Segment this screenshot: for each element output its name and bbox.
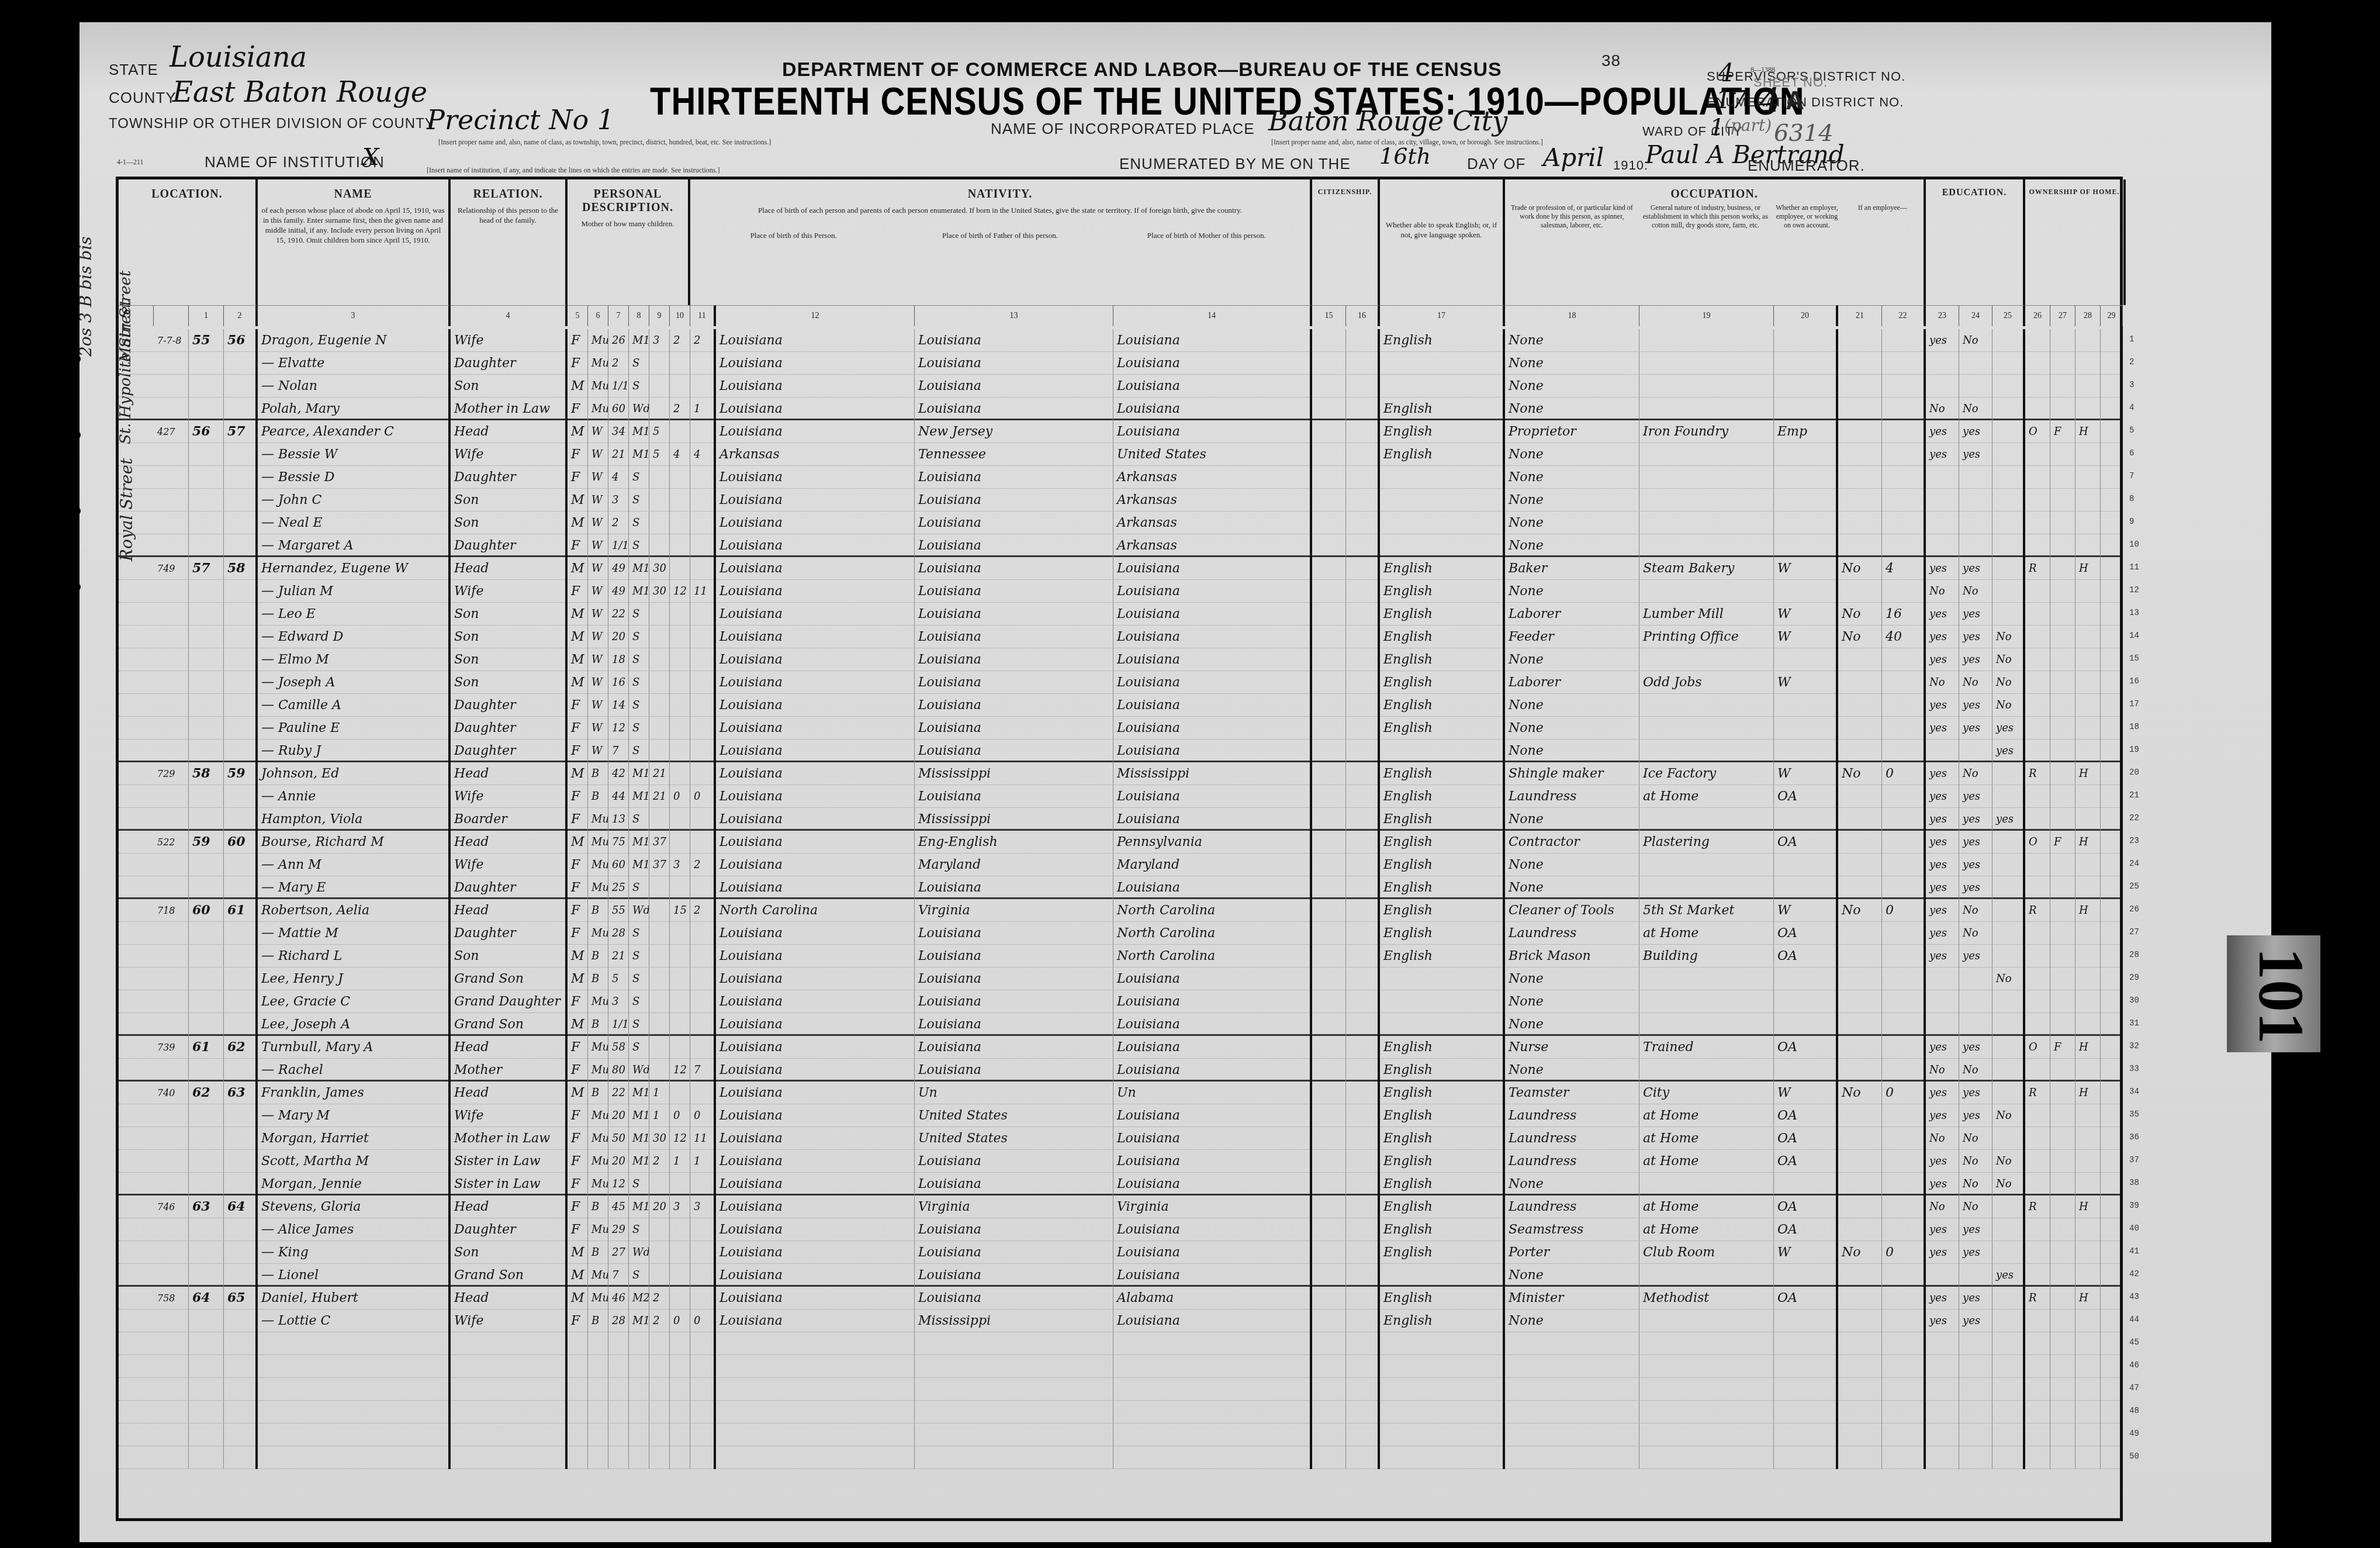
birthplace-mother: Louisiana <box>1113 375 1312 398</box>
employer-status <box>1774 443 1838 466</box>
attended-school <box>1992 922 2025 945</box>
industry <box>1639 443 1774 466</box>
children-living <box>690 489 716 512</box>
farm-house <box>2075 945 2101 967</box>
marital-status: M1 <box>629 1195 649 1218</box>
farm-house <box>2075 1332 2101 1355</box>
out-of-work: No <box>1838 1241 1882 1264</box>
industry <box>1639 1059 1774 1081</box>
dwelling-number <box>189 1309 224 1332</box>
children-living <box>690 626 716 648</box>
house-number <box>154 1332 189 1355</box>
header-name: NAMEof each person whose place of abode … <box>258 179 451 305</box>
trade: None <box>1505 648 1639 671</box>
house-number: 7-7-8 <box>154 329 189 352</box>
person-name: Robertson, Aelia <box>258 899 451 922</box>
language <box>1380 534 1505 557</box>
dwelling-number: 63 <box>189 1195 224 1218</box>
children-living: 1 <box>690 398 716 420</box>
line-number: 45 <box>2129 1338 2139 1347</box>
marital-status: S <box>629 717 649 740</box>
immigration-year <box>1312 740 1346 762</box>
employer-status <box>1774 489 1838 512</box>
immigration-year <box>1312 398 1346 420</box>
children-living <box>690 1264 716 1287</box>
line-number: 35 <box>2129 1110 2139 1119</box>
immigration-year <box>1312 1059 1346 1081</box>
immigration-year <box>1312 1309 1346 1332</box>
person-name: — Elmo M <box>258 648 451 671</box>
film-number: 6314 <box>1774 120 1834 147</box>
person-name: — Neal E <box>258 512 451 534</box>
children-living <box>690 671 716 694</box>
sex <box>568 1423 588 1446</box>
sex <box>568 1446 588 1469</box>
form-number: 4-1—211 <box>117 158 144 167</box>
children-born: 2 <box>670 329 690 352</box>
line-number: 14 <box>2129 631 2139 641</box>
header-personal: PERSONAL DESCRIPTION.Mother of how many … <box>568 179 690 305</box>
can-read <box>1926 1446 1959 1469</box>
employer-status <box>1774 990 1838 1013</box>
line-number: 12 <box>2129 586 2139 595</box>
enum-year: 1910. <box>1613 158 1648 173</box>
immigration-year <box>1312 626 1346 648</box>
birthplace-father: Louisiana <box>915 1287 1113 1309</box>
industry <box>1639 876 1774 899</box>
language: English <box>1380 1195 1505 1218</box>
table-row: — King Son M B 27 Wd Louisiana Louisiana… <box>119 1241 2120 1264</box>
farm-house <box>2075 580 2101 603</box>
industry <box>1639 694 1774 717</box>
immigration-year <box>1312 1104 1346 1127</box>
relation: Grand Son <box>451 1013 568 1036</box>
marital-status: M1 <box>629 1104 649 1127</box>
out-of-work <box>1838 1264 1882 1287</box>
weeks-out: 4 <box>1882 557 1926 580</box>
table-row: — Neal E Son M W 2 S Louisiana Louisiana… <box>119 512 2120 534</box>
farm-house <box>2075 375 2101 398</box>
can-read: yes <box>1926 1081 1959 1104</box>
can-read: yes <box>1926 648 1959 671</box>
birthplace-father: United States <box>915 1104 1113 1127</box>
county-label: COUNTY <box>109 89 177 107</box>
immigration-year <box>1312 1195 1346 1218</box>
house-number <box>154 1059 189 1081</box>
birthplace-mother: Louisiana <box>1113 352 1312 375</box>
age: 2 <box>608 352 629 375</box>
marital-status: S <box>629 626 649 648</box>
weeks-out <box>1882 854 1926 876</box>
race: Mu <box>588 1036 608 1059</box>
relation: Mother <box>451 1059 568 1081</box>
can-write <box>1959 375 1992 398</box>
race: W <box>588 603 608 626</box>
can-read <box>1926 534 1959 557</box>
family-number <box>224 1150 258 1173</box>
birthplace: Louisiana <box>716 1309 915 1332</box>
table-row: — Elmo M Son M W 18 S Louisiana Louisian… <box>119 648 2120 671</box>
table-row: — Ann M Wife F Mu 60 M1 37 3 2 Louisiana… <box>119 854 2120 876</box>
line-number: 47 <box>2129 1384 2139 1393</box>
birthplace-father <box>915 1423 1113 1446</box>
house-number <box>154 1127 189 1150</box>
sex: F <box>568 922 588 945</box>
institution-instruction: [Insert name of institution, if any, and… <box>427 166 719 175</box>
race: Mu <box>588 831 608 854</box>
attended-school: No <box>1992 648 2025 671</box>
family-number: 64 <box>224 1195 258 1218</box>
birthplace-mother: United States <box>1113 443 1312 466</box>
employer-status: W <box>1774 762 1838 785</box>
out-of-work <box>1838 1013 1882 1036</box>
language: English <box>1380 671 1505 694</box>
relation: Son <box>451 648 568 671</box>
farm-house: H <box>2075 1195 2101 1218</box>
age: 1/12 <box>608 1013 629 1036</box>
birthplace-mother <box>1113 1378 1312 1401</box>
marital-status: M1 <box>629 854 649 876</box>
attended-school <box>1992 489 2025 512</box>
naturalized <box>1346 854 1380 876</box>
employer-status: W <box>1774 1081 1838 1104</box>
family-number <box>224 694 258 717</box>
trade <box>1505 1423 1639 1446</box>
age: 45 <box>608 1195 629 1218</box>
employer-status <box>1774 694 1838 717</box>
children-living <box>690 831 716 854</box>
employer-status <box>1774 717 1838 740</box>
can-read: yes <box>1926 1287 1959 1309</box>
attended-school <box>1992 1332 2025 1355</box>
table-row: Lee, Joseph A Grand Son M B 1/12 S Louis… <box>119 1013 2120 1036</box>
relation: Head <box>451 557 568 580</box>
farm-house <box>2075 740 2101 762</box>
enumeration-value: 17 <box>1715 85 1746 114</box>
age <box>608 1378 629 1401</box>
farm-house <box>2075 1104 2101 1127</box>
birthplace-mother <box>1113 1355 1312 1378</box>
attended-school: No <box>1992 671 2025 694</box>
house-number: 739 <box>154 1036 189 1059</box>
industry: Iron Foundry <box>1639 420 1774 443</box>
attended-school <box>1992 1446 2025 1469</box>
can-read: yes <box>1926 1218 1959 1241</box>
birthplace-mother: Louisiana <box>1113 398 1312 420</box>
relation: Son <box>451 626 568 648</box>
relation: Son <box>451 489 568 512</box>
age: 7 <box>608 740 629 762</box>
immigration-year <box>1312 1173 1346 1195</box>
relation: Head <box>451 1036 568 1059</box>
immigration-year <box>1312 1036 1346 1059</box>
marital-status <box>629 1446 649 1469</box>
employer-status: OA <box>1774 1218 1838 1241</box>
out-of-work <box>1838 671 1882 694</box>
industry <box>1639 466 1774 489</box>
employer-status: OA <box>1774 1195 1838 1218</box>
immigration-year <box>1312 1081 1346 1104</box>
family-number <box>224 1332 258 1355</box>
line-number: 18 <box>2129 723 2139 732</box>
free-mortgaged <box>2050 375 2075 398</box>
birthplace-father: Louisiana <box>915 512 1113 534</box>
industry: at Home <box>1639 1195 1774 1218</box>
industry <box>1639 1332 1774 1355</box>
attended-school <box>1992 420 2025 443</box>
birthplace-mother: Louisiana <box>1113 420 1312 443</box>
owned-rented <box>2025 443 2050 466</box>
naturalized <box>1346 1059 1380 1081</box>
birthplace-father: Virginia <box>915 1195 1113 1218</box>
attended-school <box>1992 557 2025 580</box>
line-number: 26 <box>2129 905 2139 914</box>
employer-status <box>1774 352 1838 375</box>
birthplace-mother <box>1113 1332 1312 1355</box>
institution-label: NAME OF INSTITUTION <box>205 153 385 171</box>
column-number: 23 <box>1926 305 1959 326</box>
birthplace: Louisiana <box>716 1059 915 1081</box>
line-number: 34 <box>2129 1087 2139 1097</box>
age: 27 <box>608 1241 629 1264</box>
person-name: — Ruby J <box>258 740 451 762</box>
race: W <box>588 694 608 717</box>
family-number <box>224 1218 258 1241</box>
free-mortgaged <box>2050 1218 2075 1241</box>
children-born <box>670 922 690 945</box>
naturalized <box>1346 694 1380 717</box>
house-number: 522 <box>154 831 189 854</box>
can-write: yes <box>1959 854 1992 876</box>
out-of-work: No <box>1838 1081 1882 1104</box>
free-mortgaged: F <box>2050 1036 2075 1059</box>
weeks-out: 0 <box>1882 762 1926 785</box>
weeks-out <box>1882 329 1926 352</box>
race: Mu <box>588 1127 608 1150</box>
trade: Laborer <box>1505 671 1639 694</box>
marital-status: M1 <box>629 762 649 785</box>
owned-rented <box>2025 1173 2050 1195</box>
can-write: No <box>1959 1150 1992 1173</box>
free-mortgaged <box>2050 580 2075 603</box>
person-name: — Julian M <box>258 580 451 603</box>
person-name: — Nolan <box>258 375 451 398</box>
years-married <box>649 717 670 740</box>
attended-school <box>1992 1401 2025 1423</box>
column-number: 9 <box>649 305 670 326</box>
free-mortgaged: F <box>2050 420 2075 443</box>
can-read: yes <box>1926 420 1959 443</box>
person-name: Morgan, Harriet <box>258 1127 451 1150</box>
house-number <box>154 671 189 694</box>
house-number <box>154 785 189 808</box>
line-number: 41 <box>2129 1247 2139 1256</box>
employer-status <box>1774 967 1838 990</box>
header-occupation: OCCUPATION. Trade or profession of, or p… <box>1505 179 1926 305</box>
farm-house <box>2075 990 2101 1013</box>
weeks-out <box>1882 489 1926 512</box>
trade: Feeder <box>1505 626 1639 648</box>
children-living <box>690 1423 716 1446</box>
can-write <box>1959 534 1992 557</box>
column-number: 4 <box>451 305 568 326</box>
sex: M <box>568 375 588 398</box>
owned-rented <box>2025 740 2050 762</box>
age: 20 <box>608 1104 629 1127</box>
farm-house <box>2075 694 2101 717</box>
industry: Lumber Mill <box>1639 603 1774 626</box>
language <box>1380 489 1505 512</box>
column-number: 10 <box>670 305 690 326</box>
marital-status: Wd <box>629 899 649 922</box>
can-read <box>1926 1355 1959 1378</box>
dwelling-number <box>189 808 224 831</box>
out-of-work <box>1838 1127 1882 1150</box>
owned-rented <box>2025 945 2050 967</box>
family-number <box>224 1059 258 1081</box>
children-living <box>690 352 716 375</box>
years-married <box>649 671 670 694</box>
farm-house <box>2075 717 2101 740</box>
table-row: — Annie Wife F B 44 M1 21 0 0 Louisiana … <box>119 785 2120 808</box>
can-write: yes <box>1959 808 1992 831</box>
out-of-work <box>1838 420 1882 443</box>
person-name: Franklin, James <box>258 1081 451 1104</box>
person-name: Daniel, Hubert <box>258 1287 451 1309</box>
owned-rented <box>2025 1218 2050 1241</box>
relation: Daughter <box>451 466 568 489</box>
weeks-out: 0 <box>1882 1081 1926 1104</box>
weeks-out <box>1882 1104 1926 1127</box>
free-mortgaged <box>2050 717 2075 740</box>
can-write: No <box>1959 1173 1992 1195</box>
race: Mu <box>588 352 608 375</box>
employer-status <box>1774 512 1838 534</box>
table-row: Lee, Gracie C Grand Daughter F Mu 3 S Lo… <box>119 990 2120 1013</box>
marital-status: M1 <box>629 557 649 580</box>
dwelling-number: 58 <box>189 762 224 785</box>
children-living <box>690 717 716 740</box>
sex: F <box>568 1195 588 1218</box>
birthplace: Louisiana <box>716 831 915 854</box>
birthplace-mother: Louisiana <box>1113 740 1312 762</box>
birthplace-father: Louisiana <box>915 489 1113 512</box>
language <box>1380 1013 1505 1036</box>
years-married <box>649 648 670 671</box>
race: B <box>588 1081 608 1104</box>
house-number <box>154 398 189 420</box>
language: English <box>1380 420 1505 443</box>
house-number <box>154 580 189 603</box>
sex: F <box>568 694 588 717</box>
age: 1/12 <box>608 534 629 557</box>
weeks-out <box>1882 808 1926 831</box>
birthplace-father: Mississippi <box>915 1309 1113 1332</box>
owned-rented <box>2025 854 2050 876</box>
line-number: 46 <box>2129 1361 2139 1370</box>
birthplace-father: Louisiana <box>915 1173 1113 1195</box>
birthplace-mother: Louisiana <box>1113 1059 1312 1081</box>
birthplace-mother: Louisiana <box>1113 1218 1312 1241</box>
line-number: 8 <box>2129 495 2134 504</box>
family-number <box>224 1446 258 1469</box>
house-number <box>154 1446 189 1469</box>
birthplace: Louisiana <box>716 1104 915 1127</box>
line-number: 50 <box>2129 1452 2139 1461</box>
farm-house <box>2075 512 2101 534</box>
children-living: 11 <box>690 580 716 603</box>
marital-status: S <box>629 990 649 1013</box>
children-living <box>690 534 716 557</box>
industry: 5th St Market <box>1639 899 1774 922</box>
immigration-year <box>1312 375 1346 398</box>
line-number: 6 <box>2129 449 2134 458</box>
industry: Club Room <box>1639 1241 1774 1264</box>
children-born: 2 <box>670 398 690 420</box>
marital-status: M1 <box>629 831 649 854</box>
marital-status: S <box>629 1264 649 1287</box>
birthplace-father: Louisiana <box>915 329 1113 352</box>
free-mortgaged <box>2050 1104 2075 1127</box>
line-number: 37 <box>2129 1156 2139 1165</box>
children-living <box>690 420 716 443</box>
table-row: 749 57 58 Hernandez, Eugene W Head M W 4… <box>119 557 2120 580</box>
children-living <box>690 1287 716 1309</box>
language: English <box>1380 626 1505 648</box>
can-write: yes <box>1959 1287 1992 1309</box>
children-living <box>690 990 716 1013</box>
immigration-year <box>1312 603 1346 626</box>
trade: None <box>1505 1309 1639 1332</box>
house-number <box>154 808 189 831</box>
attended-school <box>1992 1378 2025 1401</box>
trade: Nurse <box>1505 1036 1639 1059</box>
attended-school <box>1992 352 2025 375</box>
attended-school: No <box>1992 694 2025 717</box>
trade <box>1505 1332 1639 1355</box>
marital-status: S <box>629 489 649 512</box>
marital-status <box>629 1355 649 1378</box>
person-name <box>258 1446 451 1469</box>
immigration-year <box>1312 1264 1346 1287</box>
years-married <box>649 352 670 375</box>
family-number <box>224 443 258 466</box>
dwelling-number <box>189 512 224 534</box>
sex: M <box>568 945 588 967</box>
children-born <box>670 352 690 375</box>
weeks-out <box>1882 785 1926 808</box>
free-mortgaged <box>2050 876 2075 899</box>
out-of-work <box>1838 1036 1882 1059</box>
owned-rented <box>2025 967 2050 990</box>
relation: Daughter <box>451 740 568 762</box>
children-living <box>690 603 716 626</box>
marital-status: M1 <box>629 785 649 808</box>
employer-status <box>1774 1264 1838 1287</box>
trade: None <box>1505 534 1639 557</box>
farm-house <box>2075 1309 2101 1332</box>
line-number: 10 <box>2129 540 2139 550</box>
person-name: Stevens, Gloria <box>258 1195 451 1218</box>
column-number: 6 <box>588 305 608 326</box>
children-born <box>670 557 690 580</box>
can-write: No <box>1959 1127 1992 1150</box>
trade: None <box>1505 740 1639 762</box>
trade: None <box>1505 854 1639 876</box>
language: English <box>1380 876 1505 899</box>
film-stamp: 101 <box>2227 935 2320 1052</box>
years-married <box>649 740 670 762</box>
